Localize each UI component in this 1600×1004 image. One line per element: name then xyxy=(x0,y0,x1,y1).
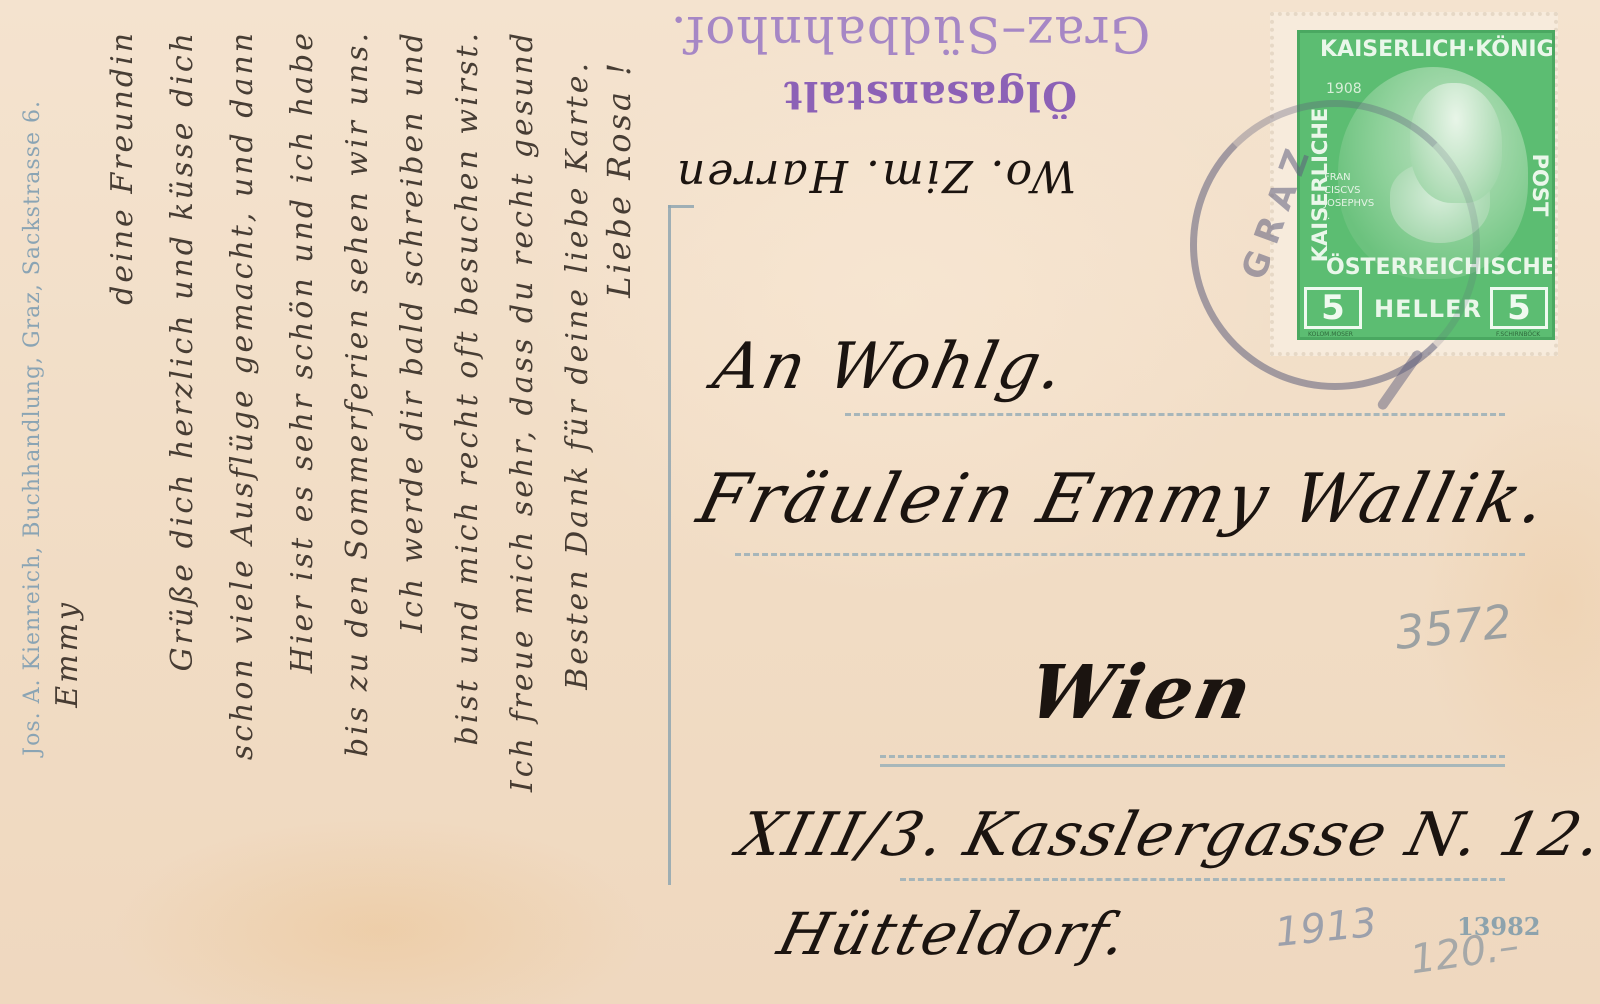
address-rule-4 xyxy=(900,878,1505,881)
stamp-year: 1908 xyxy=(1326,81,1362,97)
printed-card-number: 13982 xyxy=(1457,912,1541,941)
address-line-salutation: An Wohlg. xyxy=(707,330,1071,404)
pencil-year-note: 1913 xyxy=(1273,900,1379,956)
message-line: Besten Dank für deine liebe Karte. xyxy=(560,60,595,690)
message-line: bist und mich recht oft besuchen wirst. xyxy=(450,30,485,745)
stamp-top-legend: KAISERLICH·KÖNIGLICHE xyxy=(1320,37,1555,62)
message-line: bis zu den Sommerferien sehen wir uns. xyxy=(340,30,375,757)
rubber-stamp-line2: Graz–Südbahnhof. xyxy=(640,5,1180,63)
message-line: Ich freue mich sehr, dass du recht gesun… xyxy=(505,30,540,792)
upside-down-note: Wo. Zim. Harren xyxy=(675,150,1076,201)
handwritten-message: Jos. A. Kienreich, Buchhandlung, Graz, S… xyxy=(0,0,640,1004)
pencil-catalog-number: 3572 xyxy=(1392,594,1514,660)
address-rule-3-solid xyxy=(880,764,1505,767)
stamp-value-right: 5 xyxy=(1490,287,1548,329)
message-signature: Emmy xyxy=(50,600,85,708)
postcard-back: Jos. A. Kienreich, Buchhandlung, Graz, S… xyxy=(0,0,1600,1004)
message-line: Ich werde dir bald schreiben und xyxy=(395,30,430,633)
message-salutation: Liebe Rosa ! xyxy=(600,60,638,298)
address-rule-2 xyxy=(735,553,1525,556)
address-line-city: Wien xyxy=(1021,650,1262,736)
address-line-district: Hütteldorf. xyxy=(772,900,1136,968)
address-line-recipient: Fräulein Emmy Wallik. xyxy=(690,460,1557,539)
message-line: schon viele Ausflüge gemacht, und dann xyxy=(225,30,260,760)
divider-top-tick xyxy=(668,205,694,208)
address-line-street: XIII/3. Kasslergasse N. 12. xyxy=(731,800,1600,870)
message-address-divider xyxy=(668,205,671,885)
address-rule-1 xyxy=(845,413,1505,416)
address-rule-3 xyxy=(880,755,1505,758)
message-line: Hier ist es sehr schön und ich habe xyxy=(285,30,320,673)
postmark-circle xyxy=(1190,100,1480,390)
rubber-stamp: Ölgasanstalt Graz–Südbahnhof. xyxy=(640,0,1180,125)
message-line: deine Freundin xyxy=(105,30,140,305)
stamp-engraver-right: F.SCHIRNBÖCK xyxy=(1496,331,1540,338)
publisher-imprint: Jos. A. Kienreich, Buchhandlung, Graz, S… xyxy=(20,100,45,756)
message-line: Grüße dich herzlich und küsse dich xyxy=(165,30,200,671)
rubber-stamp-line1: Ölgasanstalt xyxy=(680,72,1180,119)
